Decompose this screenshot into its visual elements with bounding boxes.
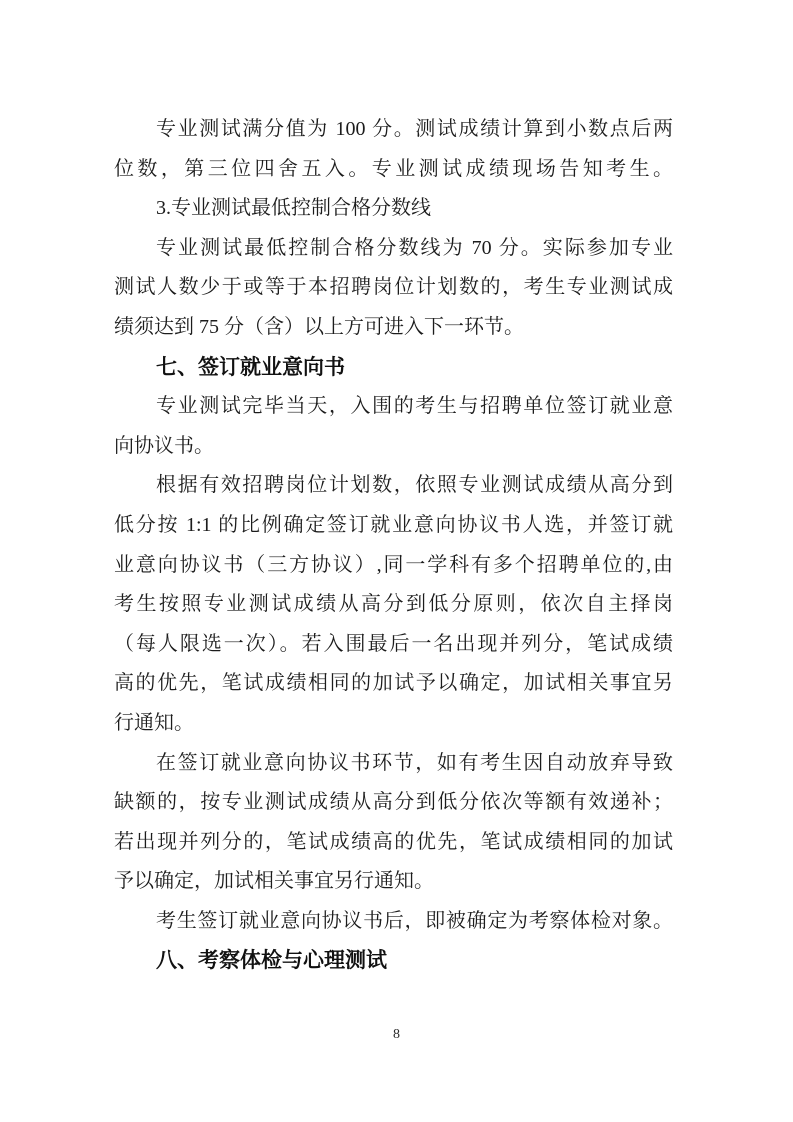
document-line: 业意向协议书（三方协议）,同一学科有多个招聘单位的,由 [114, 546, 673, 586]
section-heading: 七、签订就业意向书 [114, 348, 673, 388]
document-line: 予以确定，加试相关事宜另行通知。 [114, 862, 673, 902]
document-body: 专业测试满分值为 100 分。测试成绩计算到小数点后两位数，第三位四舍五入。专业… [114, 110, 673, 981]
document-line: 在签订就业意向协议书环节，如有考生因自动放弃导致 [114, 744, 673, 784]
section-heading: 八、考察体检与心理测试 [114, 941, 673, 981]
document-line: （每人限选一次）。若入围最后一名出现并列分，笔试成绩 [114, 625, 673, 665]
document-line: 缺额的，按专业测试成绩从高分到低分依次等额有效递补； [114, 783, 673, 823]
document-line: 专业测试完毕当天，入围的考生与招聘单位签订就业意 [114, 387, 673, 427]
document-line: 专业测试最低控制合格分数线为 70 分。实际参加专业 [114, 229, 673, 269]
document-line: 位数，第三位四舍五入。专业测试成绩现场告知考生。 [114, 150, 673, 190]
document-line: 3.专业测试最低控制合格分数线 [114, 189, 673, 229]
document-page: 专业测试满分值为 100 分。测试成绩计算到小数点后两位数，第三位四舍五入。专业… [0, 0, 793, 1122]
document-line: 若出现并列分的，笔试成绩高的优先，笔试成绩相同的加试 [114, 823, 673, 863]
document-line: 专业测试满分值为 100 分。测试成绩计算到小数点后两 [114, 110, 673, 150]
document-line: 根据有效招聘岗位计划数，依照专业测试成绩从高分到 [114, 466, 673, 506]
document-line: 考生按照专业测试成绩从高分到低分原则，依次自主择岗 [114, 585, 673, 625]
document-line: 行通知。 [114, 704, 673, 744]
document-line: 测试人数少于或等于本招聘岗位计划数的，考生专业测试成 [114, 268, 673, 308]
document-line: 考生签订就业意向协议书后，即被确定为考察体检对象。 [114, 902, 673, 942]
document-line: 高的优先，笔试成绩相同的加试予以确定，加试相关事宜另 [114, 664, 673, 704]
document-line: 绩须达到 75 分（含）以上方可进入下一环节。 [114, 308, 673, 348]
document-line: 向协议书。 [114, 427, 673, 467]
document-line: 低分按 1:1 的比例确定签订就业意向协议书人选，并签订就 [114, 506, 673, 546]
page-number: 8 [0, 1026, 793, 1044]
